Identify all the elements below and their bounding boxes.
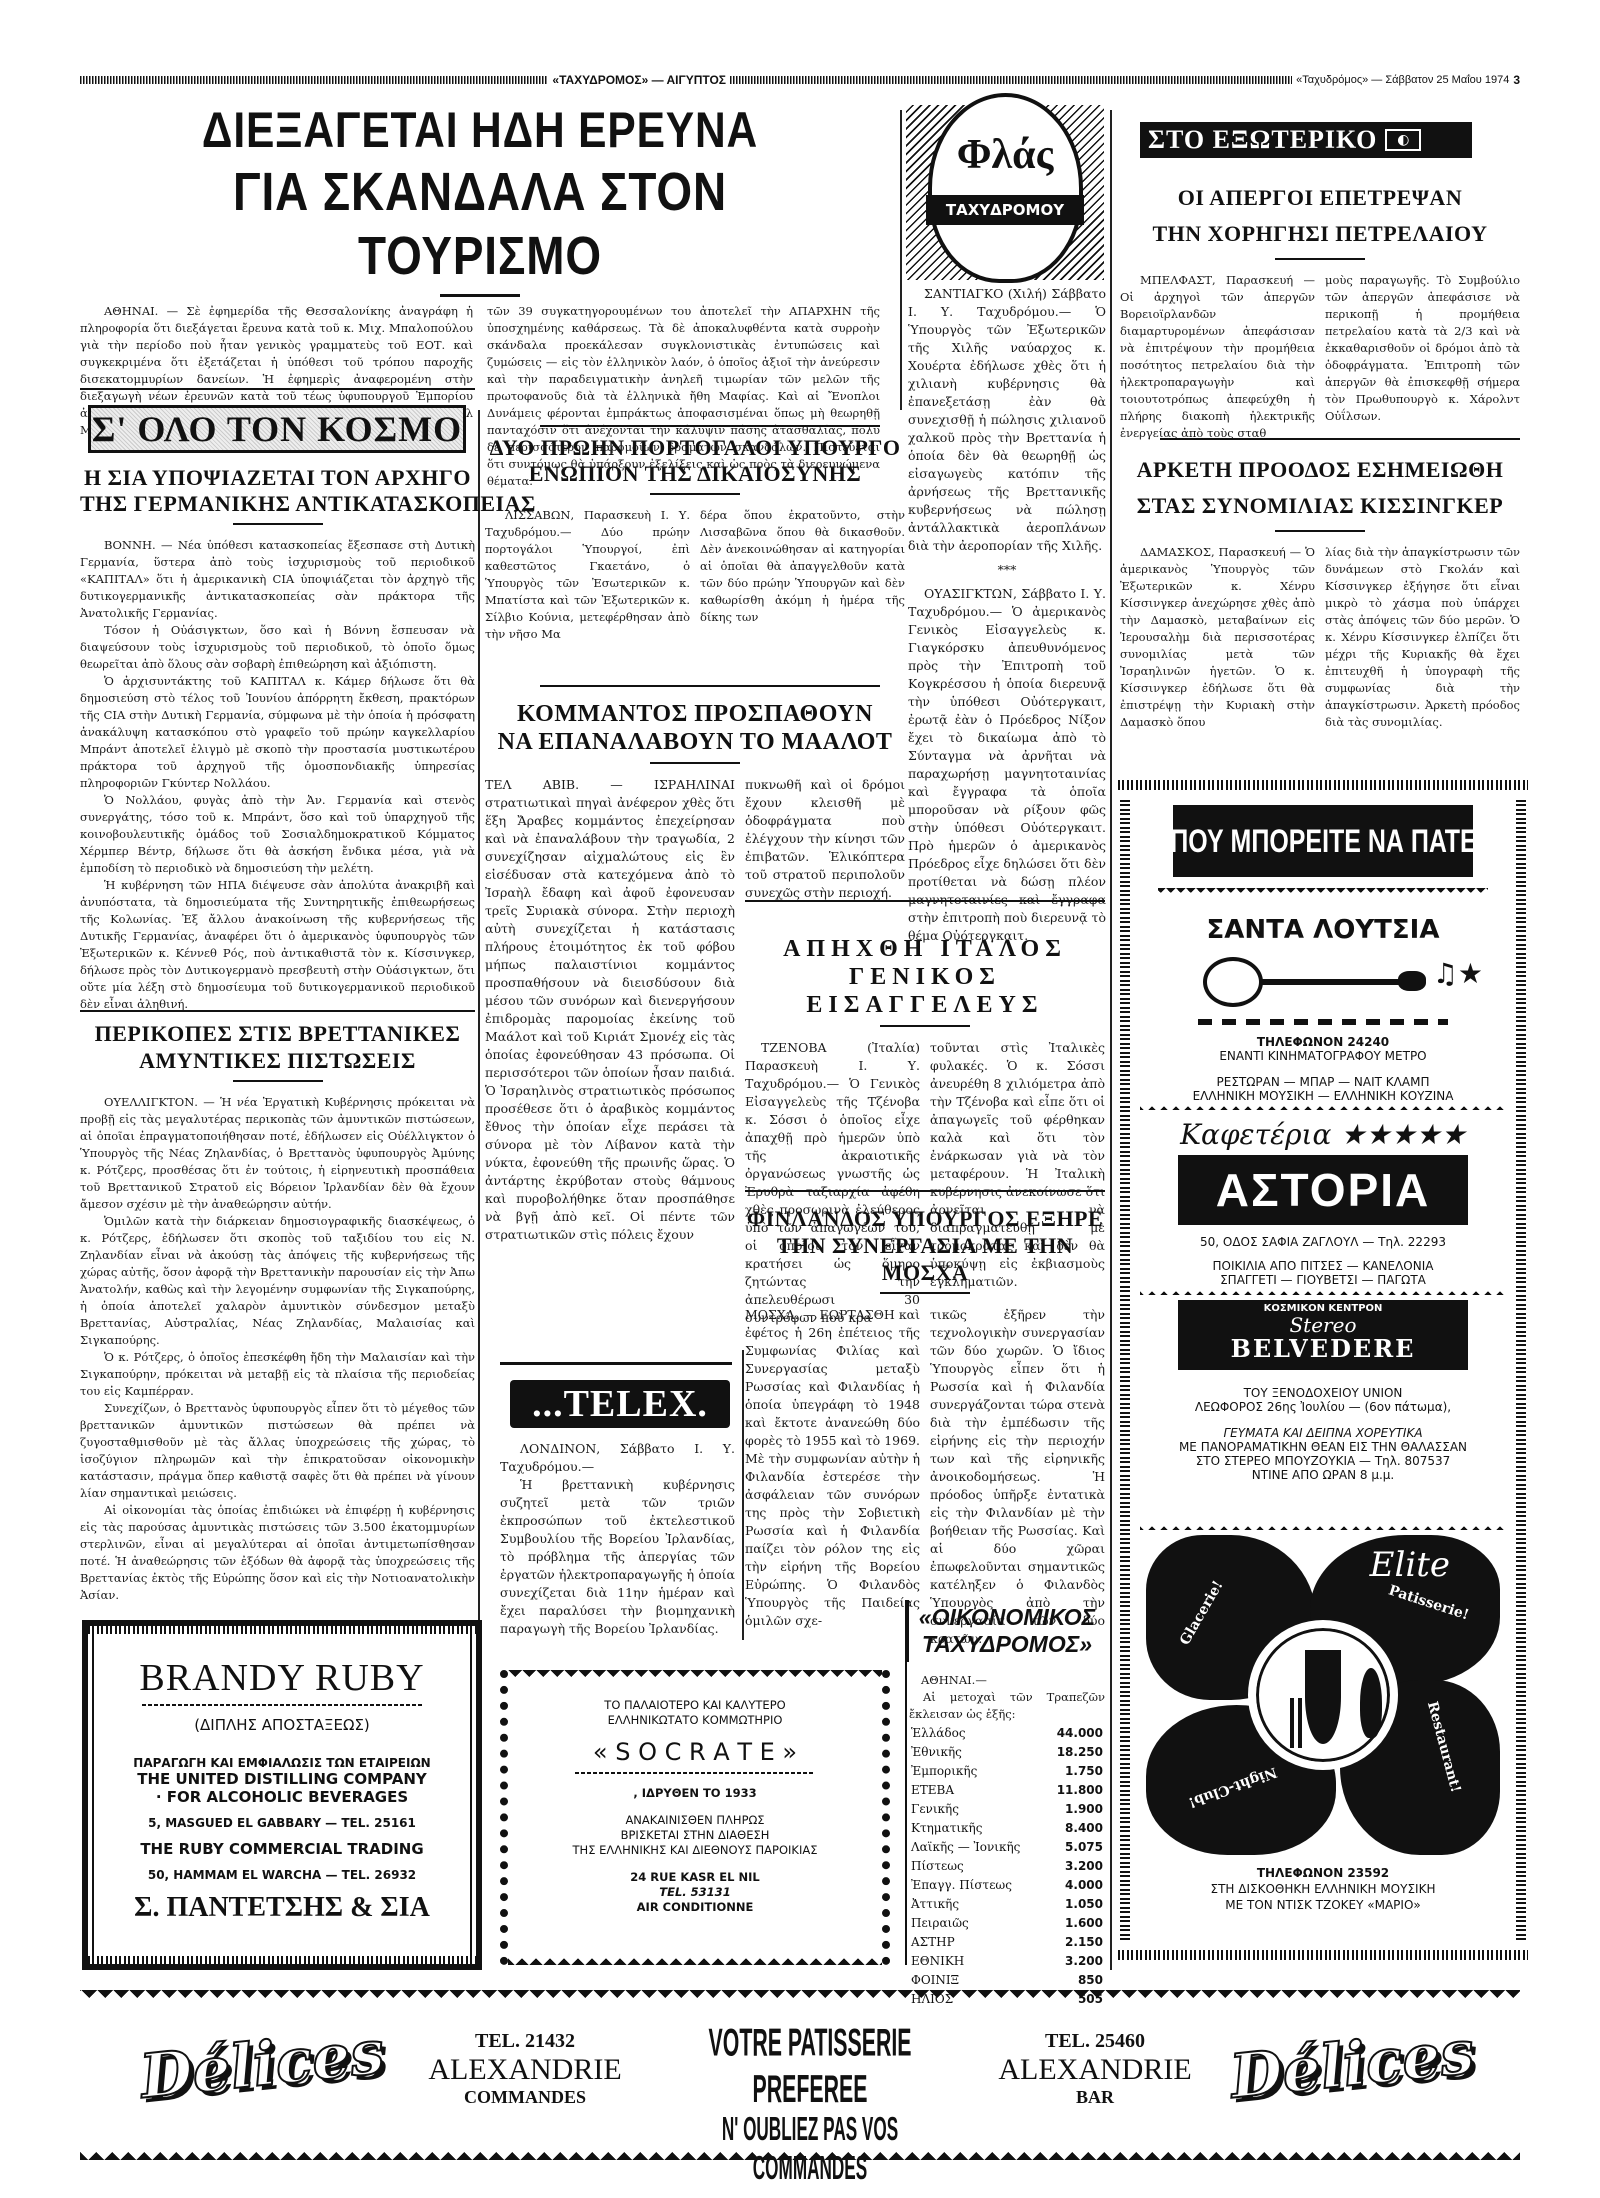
share-price: 18.250	[1046, 1744, 1103, 1761]
belvedere-kicker: ΚΟΣΜΙΚΟΝ ΚΕΝΤΡΟΝ	[1178, 1300, 1468, 1314]
stock-row: Ἀττικῆς1.050	[911, 1896, 1103, 1913]
kissinger-top-rule	[1160, 438, 1520, 440]
cia-headline-line2: ΤΗΣ ΓΕΡΜΑΝΙΚΗΣ ΑΝΤΙΚΑΤΑΣΚΟΠΕΙΑΣ	[80, 491, 475, 517]
bank-name: Ἐθνικῆς	[911, 1744, 1044, 1761]
astoria: Καφετέρια ★★★★★ ΑΣΤΟΡΙΑ 50, ΟΔΟΣ ΣΑΦΙΑ Ζ…	[1138, 1118, 1508, 1287]
ad-border-bottom	[508, 1951, 882, 1965]
bank-name: Ἐμπορικῆς	[911, 1763, 1044, 1780]
brandy-line1: ΠΑΡΑΓΩΓΗ ΚΑΙ ΕΜΦΙΑΛΩΣΙΣ ΤΩΝ ΕΤΑΙΡΕΙΩΝ	[88, 1756, 476, 1770]
dashed-rule	[1198, 1019, 1448, 1025]
bank-name: ΦΟΙΝΙΞ	[911, 1972, 1044, 1989]
ad-brandy-ruby: BRANDY RUBY (ΔΙΠΛΗΣ ΑΠΟΣΤΑΞΕΩΣ) ΠΑΡΑΓΩΓΗ…	[82, 1620, 482, 1970]
elite-info: ΤΗΛΕΦΩΝΟΝ 23592 ΣΤΗ ΔΙΣΚΟΘΗΚΗ ΕΛΛΗΝΙΚΗ Μ…	[1138, 1865, 1508, 1913]
uk-paragraph: Συνεχίζων, ὁ Βρεττανὸς ὑφυπουργὸς εἶπεν …	[80, 1400, 475, 1502]
bank-name: Λαϊκῆς — Ἰονικῆς	[911, 1839, 1044, 1856]
share-price: 44.000	[1046, 1725, 1103, 1742]
share-price: 4.000	[1046, 1877, 1103, 1894]
where-banner: ΠΟΥ ΜΠΟΡΕΙΤΕ ΝΑ ΠΑΤΕ	[1173, 805, 1473, 877]
glass-and-fork-icon	[1248, 1620, 1398, 1770]
ad-border-top	[88, 1626, 476, 1634]
share-price: 850	[1046, 1972, 1103, 1989]
column-rule-3	[900, 110, 902, 410]
belvedere-line5: ΣΤΟ ΣΤΕΡΕΟ ΜΠΟΥΖΟΥΚΙΑ — Τηλ. 807537	[1138, 1454, 1508, 1468]
brandy-line6: 50, HAMMAM EL WARCHA — TEL. 26932	[88, 1868, 476, 1882]
story-cia: Η ΣΙΑ ΥΠΟΨΙΑΖΕΤΑΙ ΤΟΝ ΑΡΧΗΓΟ ΤΗΣ ΓΕΡΜΑΝΙ…	[80, 465, 475, 1013]
belvedere-line3: ΓΕΥΜΑΤΑ ΚΑΙ ΔΕΙΠΝΑ ΧΟΡΕΥΤΙΚΑ	[1138, 1426, 1508, 1440]
brandy-subtitle: (ΔΙΠΛΗΣ ΑΠΟΣΤΑΞΕΩΣ)	[88, 1716, 476, 1734]
stock-row: Ἐθνικῆς18.250	[911, 1744, 1103, 1761]
ad-socrate: ΤΟ ΠΑΛΑΙΟΤΕΡΟ ΚΑΙ ΚΑΛΥΤΕΡΟ ΕΛΛΗΝΙΚΩΤΑΤΟ …	[500, 1670, 890, 1965]
share-price: 1.050	[1046, 1896, 1103, 1913]
santa-lucia-location: ΕΝΑΝΤΙ ΚΙΝΗΜΑΤΟΓΡΑΦΟΥ ΜΕΤΡΟ	[1138, 1049, 1508, 1063]
stock-row: Ἐμπορικῆς1.750	[911, 1763, 1103, 1780]
flash-body: ΣΑΝΤΙΑΓΚΟ (Χιλή) Σάββατο Ι. Υ. Ταχυδρόμο…	[908, 285, 1106, 945]
commandos-headline-line2: ΝΑ ΕΠΑΝΑΛΑΒΟΥΝ ΤΟ ΜΑΑΛΟΤ	[485, 728, 905, 756]
kissinger-headline-line2: ΣΤΑΣ ΣΥΝΟΜΙΛΙΑΣ ΚΙΣΣΙΝΓΚΕΡ	[1120, 488, 1520, 524]
share-price: 1.900	[1046, 1801, 1103, 1818]
belvedere: ΚΟΣΜΙΚΟΝ ΚΕΝΤΡΟΝ Stereo BELVEDERE ΤΟΥ ΞΕ…	[1138, 1300, 1508, 1482]
flash-logo: Φλάς ΤΑΧΥΔΡΟΜΟΥ	[906, 105, 1104, 280]
bank-name: Ἑλλάδος	[911, 1725, 1044, 1742]
lead-story: ΔΙΕΞΑΓΕΤΑΙ ΗΔΗ ΕΡΕΥΝΑ ΓΙΑ ΣΚΑΝΔΑΛΑ ΣΤΟΝ …	[80, 100, 880, 400]
bank-name: ΕΘΝΙΚΗ	[911, 1953, 1044, 1970]
socrate-line3: ΑΝΑΚΑΙΝΙΣΘΕΝ ΠΛΗΡΩΣ	[508, 1813, 882, 1828]
cia-body: ΒΟΝΝΗ. — Νέα ὑπόθεσι κατασκοπείας ἔξεσπα…	[80, 537, 475, 1013]
zigzag-divider	[1140, 1100, 1506, 1110]
socrate-rule	[575, 1772, 815, 1774]
cia-headline-line1: Η ΣΙΑ ΥΠΟΨΙΑΖΕΤΑΙ ΤΟΝ ΑΡΧΗΓΟ	[80, 465, 475, 491]
column-rule-4	[1110, 110, 1112, 1970]
delices-left-info: TEL. 21432 ALEXANDRIE COMMANDES	[425, 2030, 625, 2108]
stock-row: ΦΟΙΝΙΞ850	[911, 1972, 1103, 1989]
commandos-top-rule	[540, 685, 880, 687]
where-banner-underline	[1158, 888, 1488, 896]
italy-rule	[880, 1025, 970, 1027]
story-finland: ΦΙΝΛΑΝΔΟΣ ΥΠΟΥΡΓΟΣ ΕΞΗΡΕ ΤΗΝ ΣΥΝΕΡΓΑΣΙΑ …	[745, 1205, 1105, 1648]
stock-row: Πειραιῶς1.600	[911, 1915, 1103, 1932]
socrate-name: « S O C R A T E »	[508, 1734, 882, 1770]
portugal-headline-line2: ΕΝΩΠΙΟΝ ΤΗΣ ΔΙΚΑΙΟΣΥΝΗΣ	[485, 461, 905, 487]
meander-left	[1120, 800, 1130, 1940]
belvedere-logo: ΚΟΣΜΙΚΟΝ ΚΕΝΤΡΟΝ Stereo BELVEDERE	[1178, 1300, 1468, 1370]
astoria-address: 50, ΟΔΟΣ ΣΑΦΙΑ ΖΑΓΛΟΥΛ — Τηλ. 22293	[1138, 1235, 1508, 1249]
strikers-col2: μοὺς παραγωγῆς. Τὸ Συμβούλιο τῶν ἀπεργῶν…	[1325, 272, 1520, 442]
bank-name: ΕΤΕΒΑ	[911, 1782, 1044, 1799]
socrate-ac: AIR CONDITIONNE	[508, 1900, 882, 1915]
share-price: 11.800	[1046, 1782, 1103, 1799]
belvedere-line6: ΝΤΙΝΕ ΑΠΟ ΩΡΑΝ 8 μ.μ.	[1138, 1468, 1508, 1482]
lead-col1: ΑΘΗΝΑΙ. — Σὲ ἐφημερίδα τῆς Θεσσαλονίκης …	[80, 303, 473, 490]
cia-paragraph: ΒΟΝΝΗ. — Νέα ὑπόθεσι κατασκοπείας ἔξεσπα…	[80, 537, 475, 622]
delices-border-top	[80, 1990, 1520, 2006]
kissinger-headline: ΑΡΚΕΤΗ ΠΡΟΟΔΟΣ ΕΣΗΜΕΙΩΘΗ ΣΤΑΣ ΣΥΝΟΜΙΛΙΑΣ…	[1120, 452, 1520, 524]
commandos-headline-line1: ΚΟΜΜΑΝΤΟΣ ΠΡΟΣΠΑΘΟΥΝ	[485, 700, 905, 728]
economy-title-line2: ΤΑΧΥΔΡΟΜΟΣ»	[909, 1631, 1105, 1658]
economy-intro: Αἱ μετοχαὶ τῶν Τραπεζῶν ἔκλεισαν ὡς ἑξῆς…	[907, 1689, 1105, 1723]
bank-name: Κτηματικῆς	[911, 1820, 1044, 1837]
finland-headline: ΦΙΝΛΑΝΔΟΣ ΥΠΟΥΡΓΟΣ ΕΞΗΡΕ ΤΗΝ ΣΥΝΕΡΓΑΣΙΑ …	[745, 1205, 1105, 1286]
page-number: 3	[1513, 73, 1520, 87]
belvedere-name: BELVEDERE	[1178, 1336, 1468, 1362]
elite-brand-tr: Elite	[1370, 1545, 1450, 1585]
italy-headline-line1: ΑΠΗΧΘΗ ΙΤΑΛΟΣ	[745, 935, 1105, 963]
flash-subtitle: ΤΑΧΥΔΡΟΜΟΥ	[926, 195, 1084, 225]
economy-title: «ΟΙΚΟΝΟΜΙΚΟΣ ΤΑΧΥΔΡΟΜΟΣ»	[907, 1600, 1105, 1662]
mandolin-icon: ♫★	[1203, 953, 1443, 1013]
uk-paragraph: Αἱ οἰκονομίαι τὰς ὁποίας ἐπιδιώκει νὰ ἐπ…	[80, 1502, 475, 1604]
masthead: «ΤΑΧΥΔΡΟΜΟΣ» — ΑΙΓΥΠΤΟΣ «Ταχυδρόμος» — Σ…	[80, 70, 1520, 90]
share-price: 1.600	[1046, 1915, 1103, 1932]
brandy-line3: · FOR ALCOHOLIC BEVERAGES	[88, 1788, 476, 1806]
delices-left-tel: TEL. 21432	[425, 2030, 625, 2053]
masthead-rule-left	[80, 76, 548, 84]
story-strikers: ΟΙ ΑΠΕΡΓΟΙ ΕΠΕΤΡΕΨΑΝ ΤΗΝ ΧΟΡΗΓΗΣΙ ΠΕΤΡΕΛ…	[1120, 180, 1520, 442]
santa-lucia-line1: ΡΕΣΤΩΡΑΝ — ΜΠΑΡ — ΝΑΙΤ ΚΛΑΜΠ	[1138, 1075, 1508, 1089]
globe-icon: ◐	[1385, 129, 1421, 151]
santa-lucia-name: ΣΑΝΤΑ ΛΟΥΤΣΙΑ	[1138, 915, 1508, 945]
stock-row: Ἑλλάδος44.000	[911, 1725, 1103, 1742]
santa-lucia-phone: ΤΗΛΕΦΩΝΟΝ 24240	[1138, 1035, 1508, 1049]
stock-row: ΕΘΝΙΚΗ3.200	[911, 1953, 1103, 1970]
belvedere-line1: ΤΟΥ ΞΕΝΟΔΟΧΕΙΟΥ UNION	[1138, 1386, 1508, 1400]
finland-top-rule	[745, 1190, 1105, 1192]
ad-delices: Délices TEL. 21432 ALEXANDRIE COMMANDES …	[80, 1990, 1520, 2160]
meander-bottom	[1118, 1950, 1528, 1960]
flash-separator: ***	[908, 561, 1106, 579]
finland-col1: ΜΟΣΧΑ. — ΕΩΡΤΑΣΘΗ καὶ ἐφέτος ἡ 26η ἐπέτε…	[745, 1306, 920, 1648]
elite-phone: ΤΗΛΕΦΩΝΟΝ 23592	[1138, 1865, 1508, 1881]
kissinger-col1: ΔΑΜΑΣΚΟΣ, Παρασκευή — Ὁ ἀμερικανὸς Ὑπουρ…	[1120, 544, 1315, 731]
astoria-tagline-text: Καφετέρια	[1180, 1118, 1331, 1151]
bank-name: Ἀττικῆς	[911, 1896, 1044, 1913]
lead-headline: ΔΙΕΞΑΓΕΤΑΙ ΗΔΗ ΕΡΕΥΝΑ ΓΙΑ ΣΚΑΝΔΑΛΑ ΣΤΟΝ …	[80, 100, 880, 288]
portugal-rule	[650, 493, 740, 495]
where-banner-text: ΠΟΥ ΜΠΟΡΕΙΤΕ ΝΑ ΠΑΤΕ	[1170, 823, 1476, 860]
strikers-headline-line2: ΤΗΝ ΧΟΡΗΓΗΣΙ ΠΕΤΡΕΛΑΙΟΥ	[1120, 216, 1520, 252]
commandos-col1: ΤΕΛ ΑΒΙΒ. — ΙΣΡΑΗΛΙΝΑΙ στρατιωτικαὶ πηγα…	[485, 776, 735, 1244]
zigzag-divider	[1140, 1285, 1506, 1295]
delices-right-label: BAR	[995, 2087, 1195, 2108]
telex-body: ΛΟΝΔΙΝΟΝ, Σάββατο Ι. Υ. Ταχυδρόμου.— Ἡ β…	[500, 1440, 735, 1638]
astoria-name: ΑΣΤΟΡΙΑ	[1178, 1155, 1468, 1225]
uk-paragraph: ΟΥΕΛΛΙΓΚΤΟΝ. — Ἡ νέα Ἐργατικὴ Κυβέρνησις…	[80, 1094, 475, 1213]
uk-headline-line1: ΠΕΡΙΚΟΠΕΣ ΣΤΙΣ ΒΡΕΤΤΑΝΙΚΕΣ	[80, 1020, 475, 1047]
share-price: 3.200	[1046, 1953, 1103, 1970]
ad-where-to-go: ΠΟΥ ΜΠΟΡΕΙΤΕ ΝΑ ΠΑΤΕ ΣΑΝΤΑ ΛΟΥΤΣΙΑ ♫★ ΤΗ…	[1118, 780, 1528, 1960]
telex-banner: ...TELEX.	[510, 1380, 730, 1428]
italy-top-rule	[745, 900, 1105, 902]
strikers-rule	[1275, 258, 1365, 260]
share-price: 2.150	[1046, 1934, 1103, 1951]
astoria-tagline: Καφετέρια ★★★★★	[1138, 1118, 1508, 1151]
stars-icon: ★★★★★	[1340, 1118, 1466, 1151]
finland-headline-line2: ΤΗΝ ΣΥΝΕΡΓΑΣΙΑ ΜΕ ΤΗΝ ΜΟΣΧΑ	[745, 1232, 1105, 1286]
uk-headline-line2: ΑΜΥΝΤΙΚΕΣ ΠΙΣΤΩΣΕΙΣ	[80, 1047, 475, 1074]
delices-center: VOTRE PATISSERIE PREFEREE N' OUBLIEZ PAS…	[640, 2035, 980, 2175]
stock-row: Κτηματικῆς8.400	[911, 1820, 1103, 1837]
delices-logo-right: Délices	[1227, 2017, 1477, 2112]
economy-dateline: ΑΘΗΝΑΙ.—	[907, 1672, 1105, 1689]
flash-text2: ΟΥΑΣΙΓΚΤΩΝ, Σάββατο Ι. Υ. Ταχυδρόμου.— Ὁ…	[908, 585, 1106, 945]
bank-name: Πίστεως	[911, 1858, 1044, 1875]
bank-name: ΑΣΤΗΡ	[911, 1934, 1044, 1951]
share-price: 8.400	[1046, 1820, 1103, 1837]
zigzag-divider	[1140, 1520, 1506, 1530]
uk-body: ΟΥΕΛΛΙΓΚΤΟΝ. — Ἡ νέα Ἐργατικὴ Κυβέρνησις…	[80, 1094, 475, 1604]
santa-lucia: ΣΑΝΤΑ ΛΟΥΤΣΙΑ ♫★ ΤΗΛΕΦΩΝΟΝ 24240 ΕΝΑΝΤΙ …	[1138, 915, 1508, 1103]
story-uk: ΠΕΡΙΚΟΠΕΣ ΣΤΙΣ ΒΡΕΤΤΑΝΙΚΕΣ ΑΜΥΝΤΙΚΕΣ ΠΙΣ…	[80, 1020, 475, 1604]
strikers-body: ΜΠΕΛΦΑΣΤ, Παρασκευή — Οἱ ἀρχηγοὶ τῶν ἀπε…	[1120, 272, 1520, 442]
economy-title-line1: «ΟΙΚΟΝΟΜΙΚΟΣ	[909, 1604, 1105, 1631]
telex-top-rule	[500, 1362, 732, 1365]
delices-logo-left: Délices	[137, 2017, 387, 2112]
share-price: 1.750	[1046, 1763, 1103, 1780]
abroad-banner-text: ΣΤΟ ΕΞΩΤΕΡΙΚΟ	[1148, 125, 1377, 155]
masthead-rule-right	[730, 76, 1292, 84]
kissinger-body: ΔΑΜΑΣΚΟΣ, Παρασκευή — Ὁ ἀμερικανὸς Ὑπουρ…	[1120, 544, 1520, 731]
finland-headline-line1: ΦΙΝΛΑΝΔΟΣ ΥΠΟΥΡΓΟΣ ΕΞΗΡΕ	[745, 1205, 1105, 1232]
strikers-col1: ΜΠΕΛΦΑΣΤ, Παρασκευή — Οἱ ἀρχηγοὶ τῶν ἀπε…	[1120, 272, 1315, 442]
strikers-headline: ΟΙ ΑΠΕΡΓΟΙ ΕΠΕΤΡΕΨΑΝ ΤΗΝ ΧΟΡΗΓΗΣΙ ΠΕΤΡΕΛ…	[1120, 180, 1520, 252]
belvedere-line2: ΛΕΩΦΟΡΟΣ 26ης Ἰουλίου — (6ον πάτωμα),	[1138, 1400, 1508, 1414]
story-portugal: ΔΥΟ ΠΡΩΗΝ ΠΟΡΤΟΓΑΛΟΙ ΥΠΟΥΡΓΟ ΕΝΩΠΙΟΝ ΤΗΣ…	[485, 435, 905, 643]
economy-box: «ΟΙΚΟΝΟΜΙΚΟΣ ΤΑΧΥΔΡΟΜΟΣ» ΑΘΗΝΑΙ.— Αἱ μετ…	[905, 1600, 1105, 1965]
stock-row: Γενικῆς1.900	[911, 1801, 1103, 1818]
delices-center-line1: VOTRE PATISSERIE PREFEREE	[671, 2020, 950, 2113]
cia-paragraph: Ἡ κυβέρνηση τῶν ΗΠΑ διέψευσε σὰν ἀπολύτα…	[80, 877, 475, 1013]
astoria-line1: ΠΟΙΚΙΛΙΑ ΑΠΟ ΠΙΤΣΕΣ — ΚΑΝΕΛΟΝΙΑ	[1138, 1259, 1508, 1273]
cia-rule	[233, 523, 323, 525]
elite-line2: ΜΕ ΤΟΝ ΝΤΙΣΚ ΤΖΟΚΕΥ «ΜΑΡΙΟ»	[1138, 1897, 1508, 1913]
socrate-content: ΤΟ ΠΑΛΑΙΟΤΕΡΟ ΚΑΙ ΚΑΛΥΤΕΡΟ ΕΛΛΗΝΙΚΩΤΑΤΟ …	[508, 1670, 882, 1915]
stock-row: Ἐπαγγ. Πίστεως4.000	[911, 1877, 1103, 1894]
stock-row: Πίστεως3.200	[911, 1858, 1103, 1875]
uk-rule	[233, 1080, 323, 1082]
brandy-title: BRANDY RUBY	[88, 1656, 476, 1700]
portugal-headline: ΔΥΟ ΠΡΩΗΝ ΠΟΡΤΟΓΑΛΟΙ ΥΠΟΥΡΓΟ ΕΝΩΠΙΟΝ ΤΗΣ…	[485, 435, 905, 487]
kissinger-headline-line1: ΑΡΚΕΤΗ ΠΡΟΟΔΟΣ ΕΣΗΜΕΙΩΘΗ	[1120, 452, 1520, 488]
commandos-headline: ΚΟΜΜΑΝΤΟΣ ΠΡΟΣΠΑΘΟΥΝ ΝΑ ΕΠΑΝΑΛΑΒΟΥΝ ΤΟ Μ…	[485, 700, 905, 756]
astoria-name-text: ΑΣΤΟΡΙΑ	[1216, 1163, 1431, 1217]
bank-name: Γενικῆς	[911, 1801, 1044, 1818]
commandos-rule	[650, 762, 740, 764]
finland-col2: τικῶς ἐξῆρεν τὴν τεχνολογικὴν συνεργασία…	[930, 1306, 1105, 1648]
socrate-address: 24 RUE KASR EL NIL	[508, 1870, 882, 1885]
kissinger-rule	[1275, 530, 1365, 532]
belvedere-script: Stereo	[1178, 1314, 1468, 1336]
italy-headline: ΑΠΗΧΘΗ ΙΤΑΛΟΣ ΓΕΝΙΚΟΣ ΕΙΣΑΓΓΕΛΕΥΣ	[745, 935, 1105, 1019]
bank-shares-table: Ἑλλάδος44.000Ἐθνικῆς18.250Ἐμπορικῆς1.750…	[907, 1723, 1105, 2010]
cia-paragraph: Τόσον ἡ Οὐάσιγκτων, ὅσο καὶ ἡ Βόννη ἔσπε…	[80, 622, 475, 673]
cia-paragraph: Ὁ ἀρχισυντάκτης τοῦ ΚΑΠΙΤΑΛ κ. Κάμερ δήλ…	[80, 673, 475, 792]
cia-headline: Η ΣΙΑ ΥΠΟΨΙΑΖΕΤΑΙ ΤΟΝ ΑΡΧΗΓΟ ΤΗΣ ΓΕΡΜΑΝΙ…	[80, 465, 475, 517]
delices-center-line2: N' OUBLIEZ PAS VOS COMMANDES	[677, 2110, 942, 2188]
stock-row: ΑΣΤΗΡ2.150	[911, 1934, 1103, 1951]
bank-name: Ἐπαγγ. Πίστεως	[911, 1877, 1044, 1894]
portugal-body: ΛΙΣΣΑΒΩΝ, Παρασκευὴ Ι. Υ. Ταχυδρόμου.— Δ…	[485, 507, 905, 643]
brandy-line4: 5, MASGUED EL GABBARY — TEL. 25161	[88, 1816, 476, 1830]
uk-headline: ΠΕΡΙΚΟΠΕΣ ΣΤΙΣ ΒΡΕΤΤΑΝΙΚΕΣ ΑΜΥΝΤΙΚΕΣ ΠΙΣ…	[80, 1020, 475, 1074]
italy-headline-line2: ΓΕΝΙΚΟΣ ΕΙΣΑΓΓΕΛΕΥΣ	[745, 963, 1105, 1019]
share-price: 3.200	[1046, 1858, 1103, 1875]
stock-row: ΕΤΕΒΑ11.800	[911, 1782, 1103, 1799]
portugal-col2: δέρα ὅπου ἐκρατοῦντο, στὴν Λισσαβῶνα ὅπο…	[700, 507, 905, 643]
brandy-rule	[142, 1704, 422, 1706]
delices-right-info: TEL. 25460 ALEXANDRIE BAR	[995, 2030, 1195, 2108]
masthead-center: «ΤΑΧΥΔΡΟΜΟΣ» — ΑΙΓΥΠΤΟΣ	[548, 73, 730, 87]
socrate-line5: ΤΗΣ ΕΛΛΗΝΙΚΗΣ ΚΑΙ ΔΙΕΘΝΟΥΣ ΠΑΡΟΙΚΙΑΣ	[508, 1843, 882, 1858]
story-kissinger: ΑΡΚΕΤΗ ΠΡΟΟΔΟΣ ΕΣΗΜΕΙΩΘΗ ΣΤΑΣ ΣΥΝΟΜΙΛΙΑΣ…	[1120, 452, 1520, 731]
delices-left-city: ALEXANDRIE	[425, 2053, 625, 2087]
telex-banner-text: ...TELEX.	[532, 1382, 708, 1426]
flash-text: ΣΑΝΤΙΑΓΚΟ (Χιλή) Σάββατο Ι. Υ. Ταχυδρόμο…	[908, 285, 1106, 555]
telex-dateline: ΛΟΝΔΙΝΟΝ, Σάββατο Ι. Υ. Ταχυδρόμου.—	[500, 1440, 735, 1476]
ad-border-bottom	[88, 1956, 476, 1964]
column-rule-2	[742, 1350, 744, 1640]
elite-line1: ΣΤΗ ΔΙΣΚΟΘΗΚΗ ΕΛΛΗΝΙΚΗ ΜΟΥΣΙΚΗ	[1138, 1881, 1508, 1897]
socrate-tel: TEL. 53131	[508, 1885, 882, 1900]
world-top-rule	[80, 388, 475, 390]
world-banner-text: Σ' ΟΛΟ ΤΟΝ ΚΟΣΜΟ	[92, 408, 462, 450]
strikers-headline-line1: ΟΙ ΑΠΕΡΓΟΙ ΕΠΕΤΡΕΨΑΝ	[1120, 180, 1520, 216]
finland-body: ΜΟΣΧΑ. — ΕΩΡΤΑΣΘΗ καὶ ἐφέτος ἡ 26η ἐπέτε…	[745, 1306, 1105, 1648]
uk-paragraph: Ὁμιλῶν κατὰ τὴν διάρκειαν δημοσιογραφικῆ…	[80, 1213, 475, 1349]
socrate-line1: ΤΟ ΠΑΛΑΙΟΤΕΡΟ ΚΑΙ ΚΑΛΥΤΕΡΟ	[508, 1698, 882, 1713]
portugal-col1: ΛΙΣΣΑΒΩΝ, Παρασκευὴ Ι. Υ. Ταχυδρόμου.— Δ…	[485, 507, 690, 643]
share-price: 5.075	[1046, 1839, 1103, 1856]
brandy-line2: THE UNITED DISTILLING COMPANY	[88, 1770, 476, 1788]
portugal-top-rule	[540, 425, 880, 427]
delices-right-city: ALEXANDRIE	[995, 2053, 1195, 2087]
stock-row: Λαϊκῆς — Ἰονικῆς5.075	[911, 1839, 1103, 1856]
lead-headline-line1: ΔΙΕΞΑΓΕΤΑΙ ΗΔΗ ΕΡΕΥΝΑ	[140, 100, 820, 160]
socrate-line4: ΒΡΙΣΚΕΤΑΙ ΣΤΗΝ ΔΙΑΘΕΣΗ	[508, 1828, 882, 1843]
elite: Elite Patisserie! Glacerie! Restaurant! …	[1146, 1535, 1500, 1855]
brandy-content: BRANDY RUBY (ΔΙΠΛΗΣ ΑΠΟΣΤΑΞΕΩΣ) ΠΑΡΑΓΩΓΗ…	[88, 1626, 476, 1924]
bank-name: Πειραιῶς	[911, 1915, 1044, 1932]
socrate-line2: ΕΛΛΗΝΙΚΩΤΑΤΟ ΚΟΜΜΩΤΗΡΙΟ	[508, 1713, 882, 1728]
brandy-signature: Σ. ΠΑΝΤΕΤΣΗΣ & ΣΙΑ	[88, 1892, 476, 1924]
lead-headline-line2: ΓΙΑ ΣΚΑΝΔΑΛΑ ΣΤΟΝ ΤΟΥΡΙΣΜΟ	[140, 160, 820, 288]
delices-right-tel: TEL. 25460	[995, 2030, 1195, 2053]
telex-text: Ἡ βρεττανικὴ κυβέρνησις συζητεῖ μετὰ τῶν…	[500, 1476, 735, 1638]
finland-rule	[880, 1292, 970, 1294]
masthead-date: «Ταχυδρόμος» — Σάββατον 25 Μαΐου 1974	[1292, 74, 1513, 86]
uk-top-rule	[80, 1010, 475, 1012]
delices-left-label: COMMANDES	[425, 2087, 625, 2108]
abroad-banner: ΣΤΟ ΕΞΩΤΕΡΙΚΟ ◐	[1140, 122, 1472, 158]
flash-title: Φλάς	[906, 131, 1104, 179]
uk-paragraph: Ὁ κ. Ρότζερς, ὁ ὁποῖος ἐπεσκέφθη ἤδη τὴν…	[80, 1349, 475, 1400]
flash-circle	[928, 93, 1083, 283]
brandy-line5: THE RUBY COMMERCIAL TRADING	[88, 1840, 476, 1858]
ad-border-top	[508, 1670, 882, 1684]
socrate-founded: , ΙΔΡΥΘΕΝ ΤΟ 1933	[508, 1786, 882, 1801]
kissinger-col2: λίας διὰ τὴν ἀπαγκίστρωσιν τῶν δυνάμεων …	[1325, 544, 1520, 731]
world-banner: Σ' ΟΛΟ ΤΟΝ ΚΟΣΜΟ	[88, 405, 466, 453]
lead-rule	[440, 294, 520, 297]
meander-top	[1118, 780, 1528, 790]
meander-right	[1516, 800, 1526, 1940]
cia-paragraph: Ὁ Νολλάου, φυγὰς ἀπὸ τὴν Ἀν. Γερμανία κα…	[80, 792, 475, 877]
belvedere-line4: ΜΕ ΠΑΝΟΡΑΜΑΤΙΚΗΝ ΘΕΑΝ ΕΙΣ ΤΗΝ ΘΑΛΑΣΣΑΝ	[1138, 1440, 1508, 1454]
portugal-headline-line1: ΔΥΟ ΠΡΩΗΝ ΠΟΡΤΟΓΑΛΟΙ ΥΠΟΥΡΓΟ	[485, 435, 905, 461]
